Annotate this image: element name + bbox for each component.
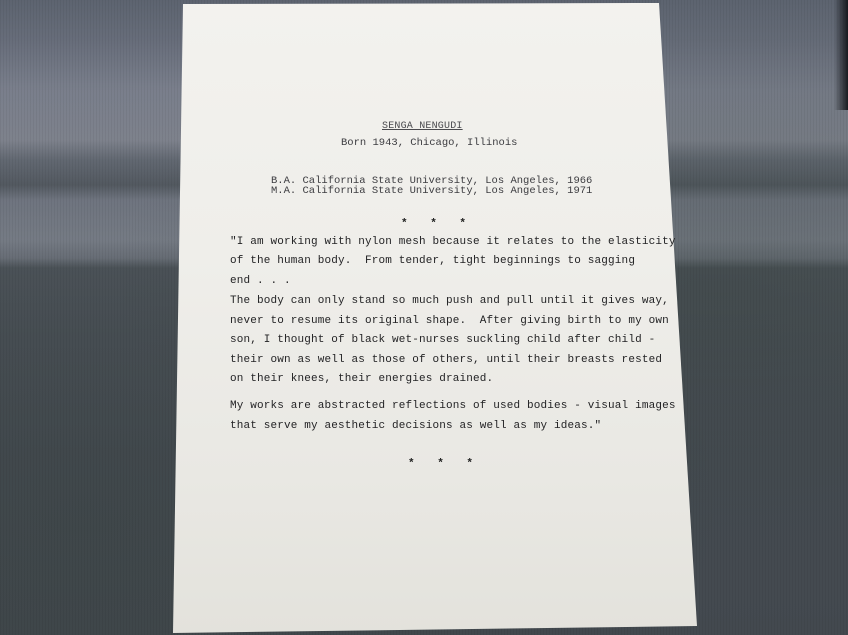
artist-name-title: SENGA NENGUDI [382,121,463,132]
quote-line: son, I thought of black wet-nurses suckl… [230,334,655,346]
quote-line: "I am working with nylon mesh because it… [230,236,676,248]
education-ma: M.A. California State University, Los An… [271,185,592,197]
quote-line: their own as well as those of others, un… [230,354,662,366]
section-separator-bottom: * * * [408,458,481,470]
section-separator-top: * * * [401,218,474,230]
quote-line: end . . . [230,275,291,287]
birth-info: Born 1943, Chicago, Illinois [341,137,517,149]
quote-line: The body can only stand so much push and… [230,295,669,307]
quote-line: on their knees, their energies drained. [230,373,493,385]
quote-line: My works are abstracted reflections of u… [230,400,676,412]
quote-line: that serve my aesthetic decisions as wel… [230,420,601,432]
quote-line: of the human body. From tender, tight be… [230,255,635,267]
quote-line: never to resume its original shape. Afte… [230,315,669,327]
document-content: SENGA NENGUDI Born 1943, Chicago, Illino… [0,0,848,635]
